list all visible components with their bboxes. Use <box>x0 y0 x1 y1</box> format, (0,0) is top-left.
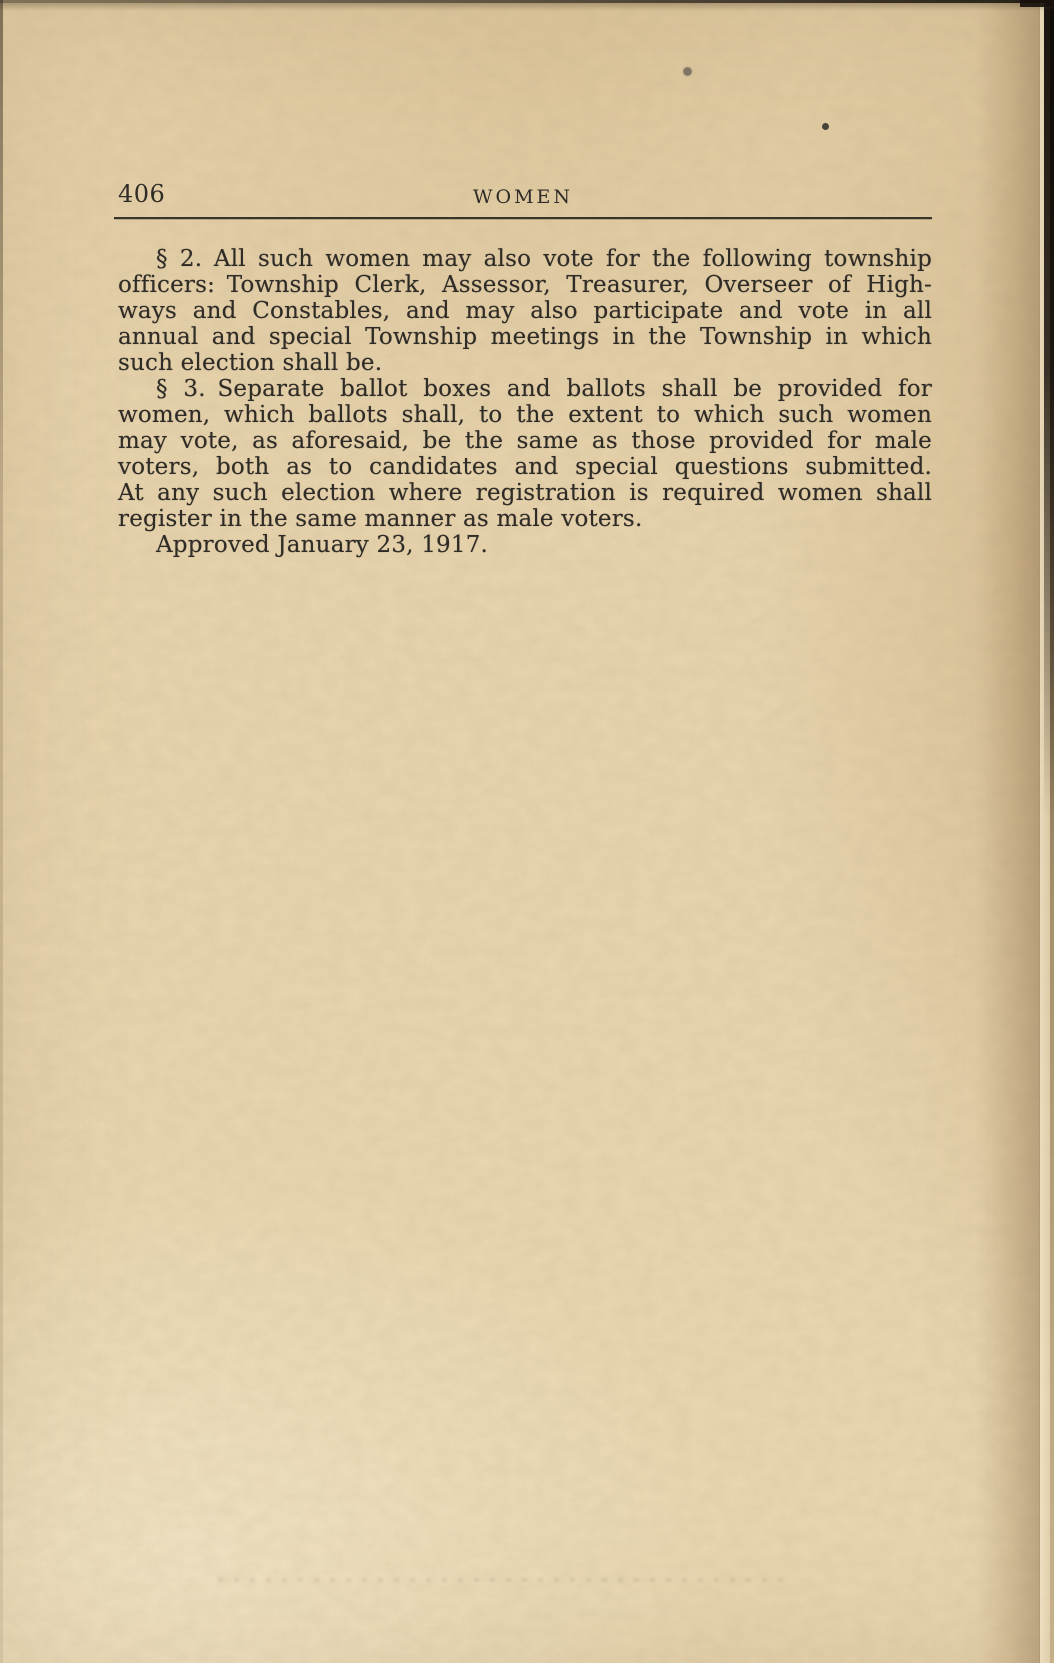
running-header: WOMEN <box>114 186 932 208</box>
text-line-s3-3: may vote, as aforesaid, be the same as t… <box>118 428 932 454</box>
text-line-s3-1: § 3. Separate ballot boxes and ballots s… <box>118 376 932 402</box>
header-rule <box>114 217 932 219</box>
text-line-s3-5: At any such election where registration … <box>118 480 932 506</box>
text-line-s2-5: such election shall be. <box>118 350 932 376</box>
text-line-s2-2: officers: Township Clerk, Assessor, Trea… <box>118 272 932 298</box>
ink-speck <box>822 123 829 130</box>
text-line-s2-3: ways and Constables, and may also partic… <box>118 298 932 324</box>
scan-corner-top-right <box>1020 0 1054 7</box>
text-line-s3-2: women, which ballots shall, to the exten… <box>118 402 932 428</box>
approval-line: Approved January 23, 1917. <box>118 532 932 558</box>
text-line-s2-4: annual and special Township meetings in … <box>118 324 932 350</box>
scan-edge-top-fade <box>0 3 1054 11</box>
ink-speck <box>683 67 692 76</box>
scan-edge-right-dark <box>1044 0 1054 820</box>
scan-edge-left <box>0 0 3 1663</box>
text-line-s3-6: register in the same manner as male vote… <box>118 506 932 532</box>
page-curl-shadow <box>976 0 1040 1663</box>
ghost-text-offset <box>218 1578 784 1582</box>
body-text: § 2. All such women may also vote for th… <box>118 246 932 558</box>
text-line-s2-1: § 2. All such women may also vote for th… <box>118 246 932 272</box>
text-line-s3-4: voters, both as to candidates and specia… <box>118 454 932 480</box>
book-page: 406 WOMEN § 2. All such women may also v… <box>0 0 1054 1663</box>
